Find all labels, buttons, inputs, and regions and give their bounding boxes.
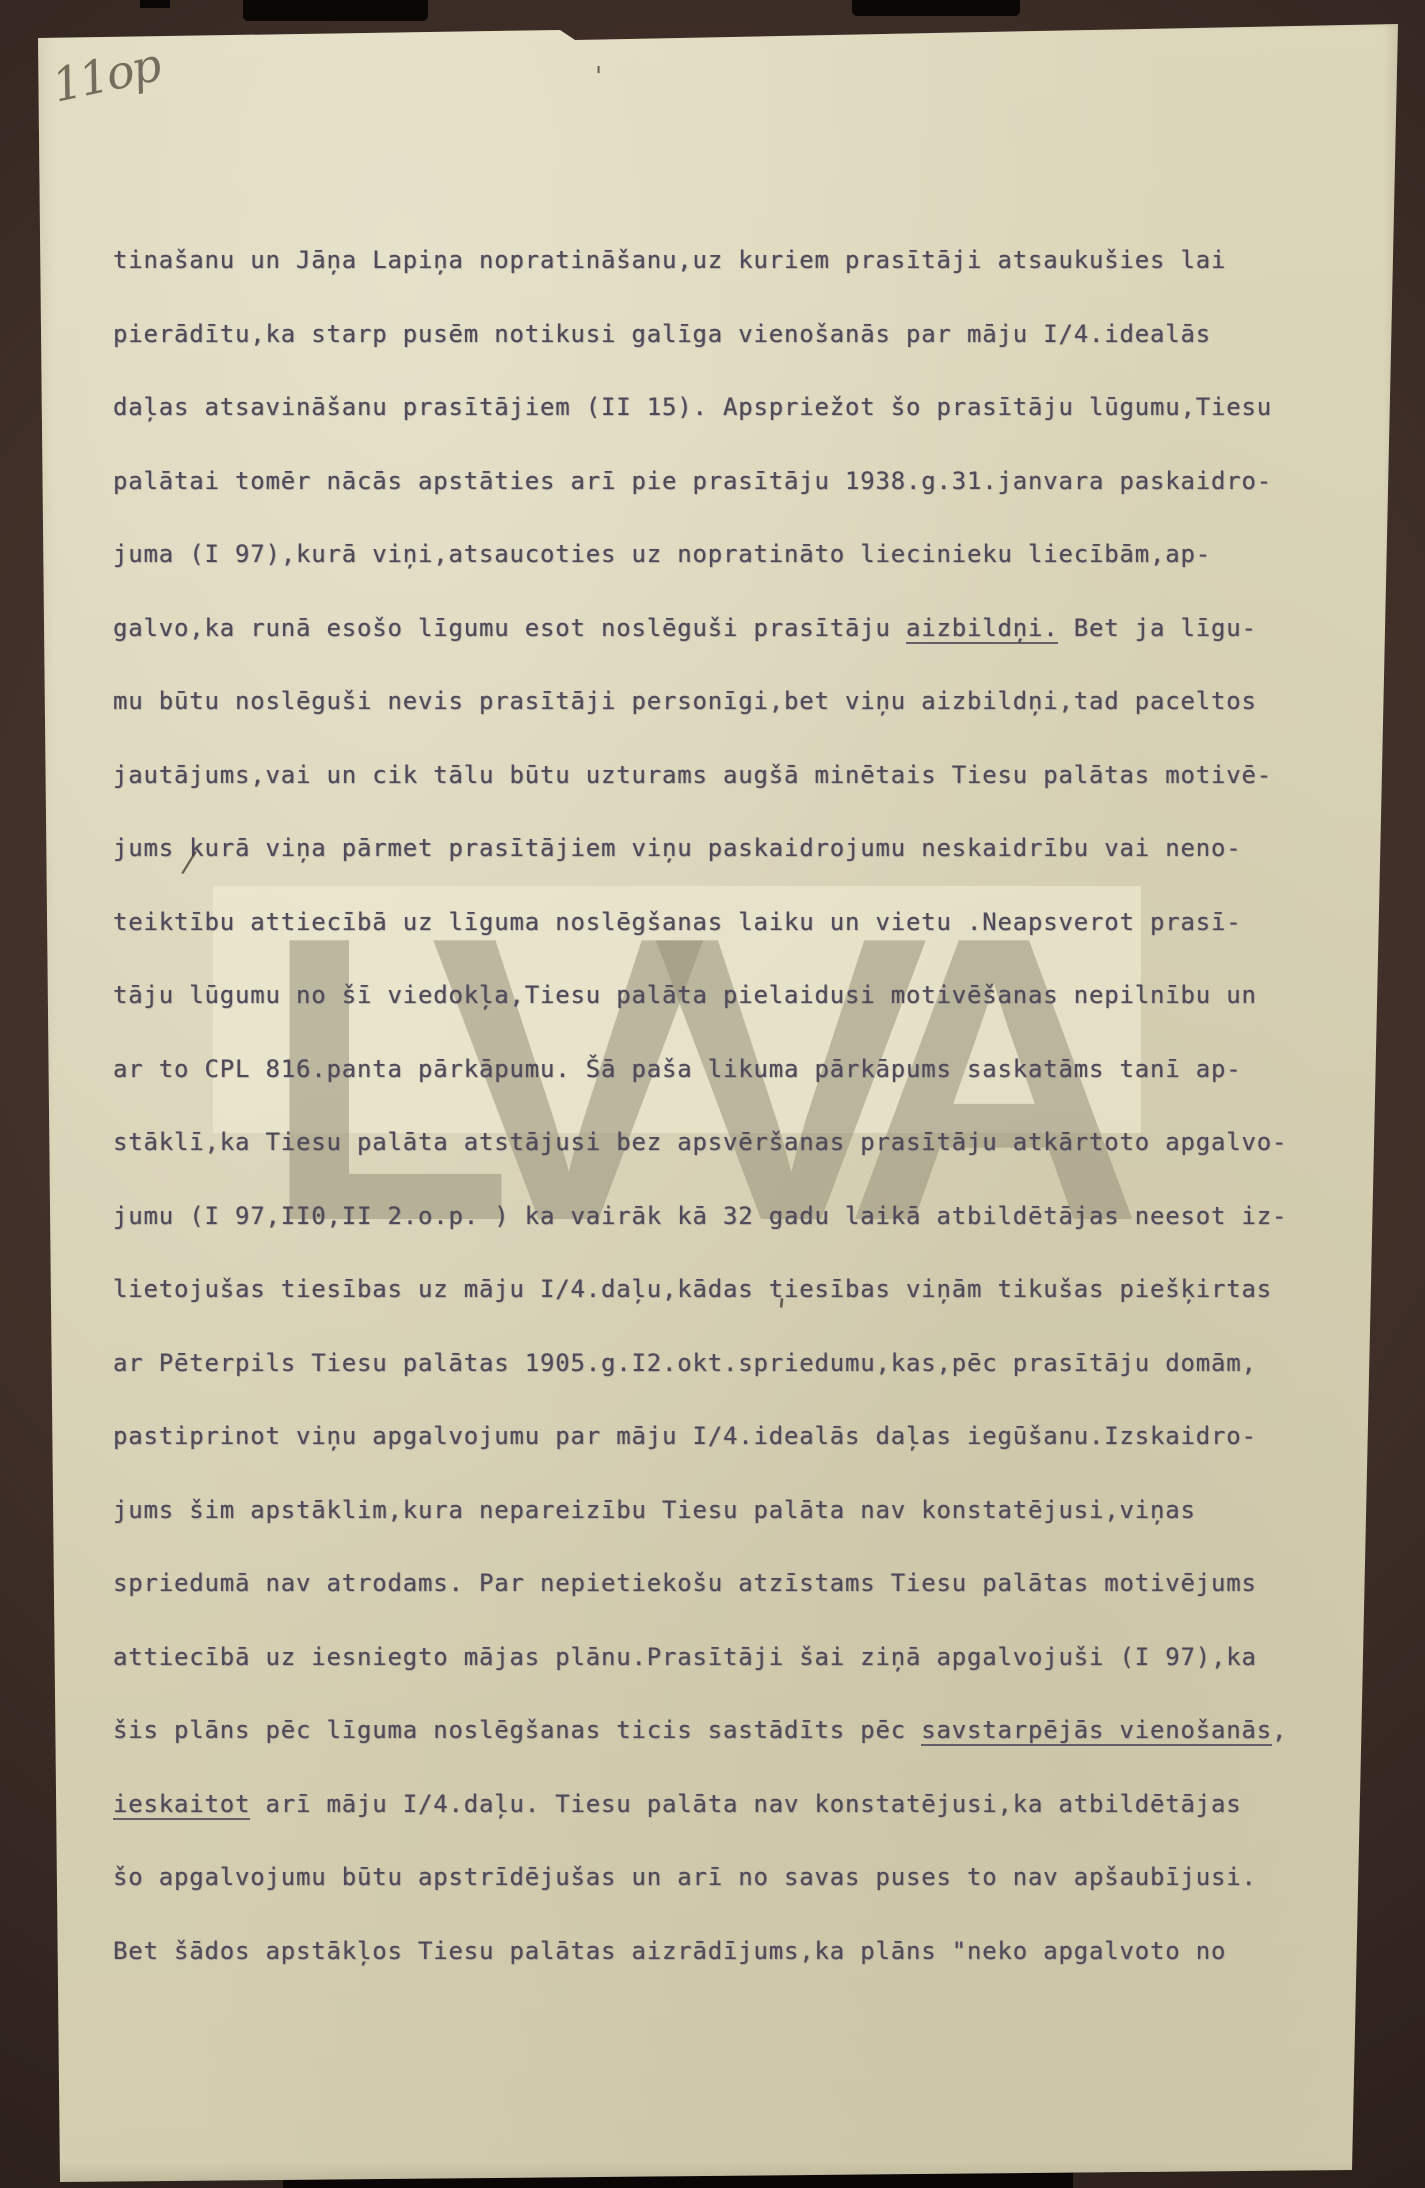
text-line: jums šim apstāklim,kura nepareizību Ties… bbox=[113, 1474, 1363, 1548]
text-segment: palātai tomēr nācās apstāties arī pie pr… bbox=[113, 467, 1272, 495]
underlined-text-segment: ieskaitot bbox=[113, 1790, 250, 1820]
text-segment: ar Pēterpils Tiesu palātas 1905.g.I2.okt… bbox=[113, 1349, 1257, 1377]
text-line: šis plāns pēc līguma noslēgšanas ticis s… bbox=[113, 1694, 1363, 1768]
text-line: attiecībā uz iesniegto mājas plānu.Prasī… bbox=[113, 1621, 1363, 1695]
text-segment: stāklī,ka Tiesu palāta atstājusi bez aps… bbox=[113, 1128, 1287, 1156]
text-segment: jautājums,vai un cik tālu būtu uzturams … bbox=[113, 761, 1272, 789]
text-segment: teiktību attiecībā uz līguma noslēgšanas… bbox=[113, 908, 1241, 936]
text-line: stāklī,ka Tiesu palāta atstājusi bez aps… bbox=[113, 1106, 1363, 1180]
text-segment: jums kurā viņa pārmet prasītājiem viņu p… bbox=[113, 834, 1241, 862]
text-line: lietojušas tiesības uz māju I/4.daļu,kād… bbox=[113, 1253, 1363, 1327]
text-line: jautājums,vai un cik tālu būtu uzturams … bbox=[113, 739, 1363, 813]
text-line: jumu (I 97,II0,II 2.o.p. ) ka vairāk kā … bbox=[113, 1180, 1363, 1254]
text-segment: Bet šādos apstākļos Tiesu palātas aizrād… bbox=[113, 1937, 1226, 1965]
text-line: teiktību attiecībā uz līguma noslēgšanas… bbox=[113, 886, 1363, 960]
text-segment: arī māju I/4.daļu. Tiesu palāta nav kons… bbox=[250, 1790, 1241, 1818]
text-line: ar to CPL 816.panta pārkāpumu. Šā paša l… bbox=[113, 1033, 1363, 1107]
text-line: daļas atsavināšanu prasītājiem (II 15). … bbox=[113, 371, 1363, 445]
text-line: Bet šādos apstākļos Tiesu palātas aizrād… bbox=[113, 1915, 1363, 1989]
text-segment: jumu (I 97,II0,II 2.o.p. ) ka vairāk kā … bbox=[113, 1202, 1287, 1230]
text-segment: , bbox=[1272, 1716, 1287, 1744]
text-segment: Bet ja līgu- bbox=[1058, 614, 1256, 642]
photo-artifact-bar bbox=[852, 0, 1020, 16]
text-segment: lietojušas tiesības uz māju I/4.daļu,kād… bbox=[113, 1275, 1272, 1303]
text-segment: šis plāns pēc līguma noslēgšanas ticis s… bbox=[113, 1716, 921, 1744]
underlined-text-segment: aizbildņi. bbox=[906, 614, 1059, 644]
text-segment: šo apgalvojumu būtu apstrīdējušas un arī… bbox=[113, 1863, 1257, 1891]
text-line: spriedumā nav atrodams. Par nepietiekošu… bbox=[113, 1547, 1363, 1621]
text-segment: jums šim apstāklim,kura nepareizību Ties… bbox=[113, 1496, 1196, 1524]
text-line: pierādītu,ka starp pusēm notikusi galīga… bbox=[113, 298, 1363, 372]
text-segment: pastiprinot viņu apgalvojumu par māju I/… bbox=[113, 1422, 1257, 1450]
text-segment: pierādītu,ka starp pusēm notikusi galīga… bbox=[113, 320, 1211, 348]
underlined-text-segment: savstarpējās vienošanās bbox=[921, 1716, 1272, 1746]
text-segment: ar to CPL 816.panta pārkāpumu. Šā paša l… bbox=[113, 1055, 1241, 1083]
text-line: jums kurā viņa pārmet prasītājiem viņu p… bbox=[113, 812, 1363, 886]
photo-artifact-bar bbox=[140, 0, 170, 8]
text-segment: galvo,ka runā esošo līgumu esot noslēguš… bbox=[113, 614, 906, 642]
text-segment: tinašanu un Jāņa Lapiņa nopratināšanu,uz… bbox=[113, 246, 1226, 274]
text-segment: spriedumā nav atrodams. Par nepietiekošu… bbox=[113, 1569, 1257, 1597]
text-line: ar Pēterpils Tiesu palātas 1905.g.I2.okt… bbox=[113, 1327, 1363, 1401]
photo-artifact-bar bbox=[243, 0, 428, 21]
text-line: galvo,ka runā esošo līgumu esot noslēguš… bbox=[113, 592, 1363, 666]
text-line: mu būtu noslēguši nevis prasītāji person… bbox=[113, 665, 1363, 739]
document-page: 11op LVVA tinašanu un Jāņa Lapiņa noprat… bbox=[0, 0, 1425, 2188]
text-segment: tāju lūgumu no šī viedokļa,Tiesu palāta … bbox=[113, 981, 1257, 1009]
text-line: tāju lūgumu no šī viedokļa,Tiesu palāta … bbox=[113, 959, 1363, 1033]
text-line: šo apgalvojumu būtu apstrīdējušas un arī… bbox=[113, 1841, 1363, 1915]
typewritten-text-block: tinašanu un Jāņa Lapiņa nopratināšanu,uz… bbox=[113, 224, 1363, 1988]
text-line: ieskaitot arī māju I/4.daļu. Tiesu palāt… bbox=[113, 1768, 1363, 1842]
text-segment: juma (I 97),kurā viņi,atsaucoties uz nop… bbox=[113, 540, 1211, 568]
text-line: juma (I 97),kurā viņi,atsaucoties uz nop… bbox=[113, 518, 1363, 592]
stray-apostrophe-mark: ' bbox=[595, 62, 602, 92]
text-segment: daļas atsavināšanu prasītājiem (II 15). … bbox=[113, 393, 1272, 421]
text-line: tinašanu un Jāņa Lapiņa nopratināšanu,uz… bbox=[113, 224, 1363, 298]
text-segment: mu būtu noslēguši nevis prasītāji person… bbox=[113, 687, 1257, 715]
text-line: pastiprinot viņu apgalvojumu par māju I/… bbox=[113, 1400, 1363, 1474]
text-line: palātai tomēr nācās apstāties arī pie pr… bbox=[113, 445, 1363, 519]
text-segment: attiecībā uz iesniegto mājas plānu.Prasī… bbox=[113, 1643, 1257, 1671]
